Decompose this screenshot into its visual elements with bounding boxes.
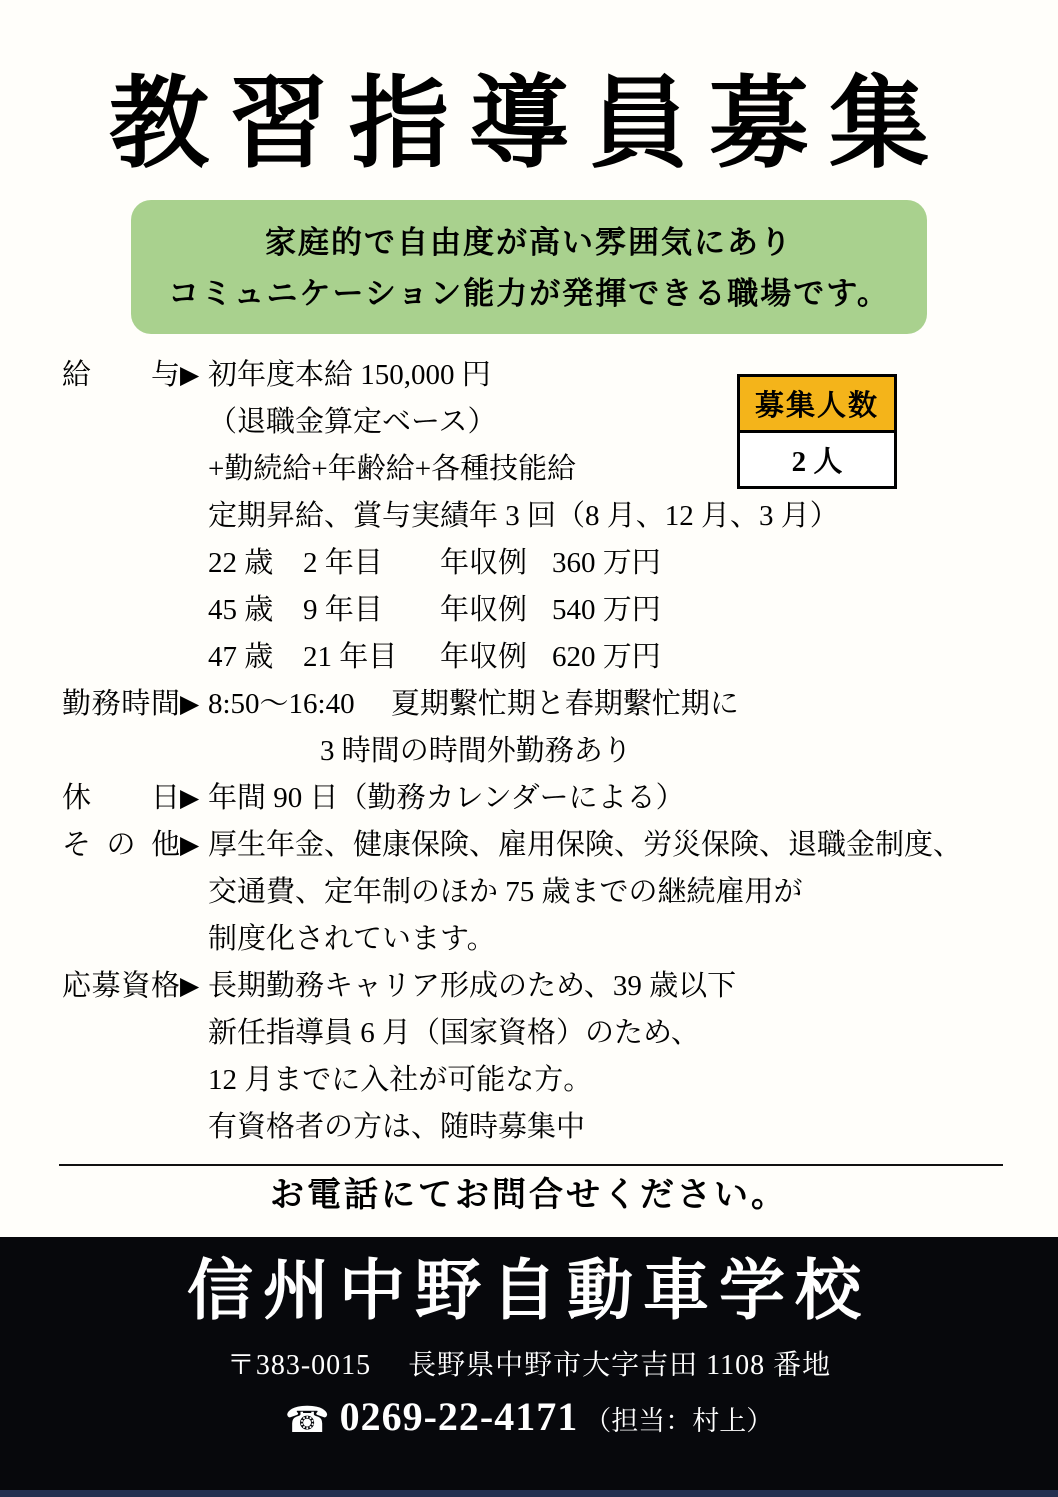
salary-example-row: 22 歳 2 年目 年収例 360 万円	[208, 540, 1000, 587]
section-label-salary: 給 与	[62, 352, 180, 681]
qualifications-line: 長期勤務キャリア形成のため、39 歳以下	[208, 963, 1000, 1010]
salary-example-row: 47 歳 21 年目 年収例 620 万円	[208, 634, 1000, 681]
others-line: 交通費、定年制のほか 75 歳までの継続雇用が	[208, 869, 1000, 916]
school-address: 〒383-0015 長野県中野市大字吉田 1108 番地	[0, 1343, 1058, 1383]
salary-example-row: 45 歳 9 年目 年収例 540 万円	[208, 587, 1000, 634]
section-label-hours: 勤務時間	[62, 681, 180, 775]
phone-number: 0269-22-4171	[340, 1394, 579, 1439]
section-qualifications: 応募資格 ▶ 長期勤務キャリア形成のため、39 歳以下 新任指導員 6 月（国家…	[62, 963, 1000, 1151]
others-line: 制度化されています。	[208, 916, 1000, 963]
salary-example-amount: 360 万円	[552, 540, 661, 587]
salary-example-tenure: 2 年目	[303, 540, 440, 587]
others-line: 厚生年金、健康保険、雇用保険、労災保険、退職金制度、	[208, 822, 1000, 869]
school-name: 信州中野自動車学校	[0, 1249, 1058, 1335]
recruit-count-header: 募集人数	[740, 377, 894, 433]
highlight-line-1: 家庭的で自由度が高い雰囲気にあり	[131, 217, 927, 268]
section-label-qualifications: 応募資格	[62, 963, 180, 1151]
phone-row: ☎0269-22-4171（担当：村上）	[0, 1393, 1058, 1441]
salary-example-age: 22 歳	[208, 540, 303, 587]
qualifications-line: 新任指導員 6 月（国家資格）のため、	[208, 1010, 1000, 1057]
arrow-icon: ▶	[180, 822, 208, 963]
salary-example-label: 年収例	[440, 540, 552, 587]
arrow-icon: ▶	[180, 681, 208, 775]
qualifications-line: 有資格者の方は、随時募集中	[208, 1104, 1000, 1151]
arrow-icon: ▶	[180, 963, 208, 1151]
salary-example-label: 年収例	[440, 587, 552, 634]
page-title: 教習指導員募集	[0, 60, 1058, 190]
recruit-count-box: 募集人数 2 人	[737, 374, 897, 489]
section-others-content: 厚生年金、健康保険、雇用保険、労災保険、退職金制度、 交通費、定年制のほか 75…	[208, 822, 1000, 963]
highlight-line-2: コミュニケーション能力が発揮できる職場です。	[131, 268, 927, 319]
divider-line	[59, 1164, 1003, 1166]
section-label-holidays: 休 日	[62, 775, 180, 822]
salary-example-tenure: 9 年目	[303, 587, 440, 634]
salary-example-amount: 540 万円	[552, 587, 661, 634]
contact-person: （担当：村上）	[584, 1406, 773, 1436]
highlight-banner: 家庭的で自由度が高い雰囲気にあり コミュニケーション能力が発揮できる職場です。	[131, 200, 927, 334]
phone-icon: ☎	[285, 1400, 330, 1440]
qualifications-line: 12 月までに入社が可能な方。	[208, 1057, 1000, 1104]
hours-line: 3 時間の時間外勤務あり	[208, 728, 1000, 775]
section-label-others: そ の 他	[62, 822, 180, 963]
section-hours: 勤務時間 ▶ 8:50〜16:40 夏期繫忙期と春期繫忙期に 3 時間の時間外勤…	[62, 681, 1000, 775]
section-holidays: 休 日 ▶ 年間 90 日（勤務カレンダーによる）	[62, 775, 1000, 822]
section-qualifications-content: 長期勤務キャリア形成のため、39 歳以下 新任指導員 6 月（国家資格）のため、…	[208, 963, 1000, 1151]
section-hours-content: 8:50〜16:40 夏期繫忙期と春期繫忙期に 3 時間の時間外勤務あり	[208, 681, 1000, 775]
section-holidays-content: 年間 90 日（勤務カレンダーによる）	[208, 775, 1000, 822]
salary-example-amount: 620 万円	[552, 634, 661, 681]
contact-note: お電話にてお問合せください。	[0, 1173, 1058, 1219]
salary-example-age: 47 歳	[208, 634, 303, 681]
salary-example-tenure: 21 年目	[303, 634, 440, 681]
salary-example-age: 45 歳	[208, 587, 303, 634]
holidays-line: 年間 90 日（勤務カレンダーによる）	[208, 775, 1000, 822]
arrow-icon: ▶	[180, 775, 208, 822]
section-others: そ の 他 ▶ 厚生年金、健康保険、雇用保険、労災保険、退職金制度、 交通費、定…	[62, 822, 1000, 963]
footer: 信州中野自動車学校 〒383-0015 長野県中野市大字吉田 1108 番地 ☎…	[0, 1237, 1058, 1497]
salary-example-label: 年収例	[440, 634, 552, 681]
salary-line: 定期昇給、賞与実績年 3 回（8 月、12 月、3 月）	[208, 493, 1000, 540]
recruit-count-value: 2 人	[740, 433, 894, 486]
arrow-icon: ▶	[180, 352, 208, 681]
hours-line: 8:50〜16:40 夏期繫忙期と春期繫忙期に	[208, 681, 1000, 728]
